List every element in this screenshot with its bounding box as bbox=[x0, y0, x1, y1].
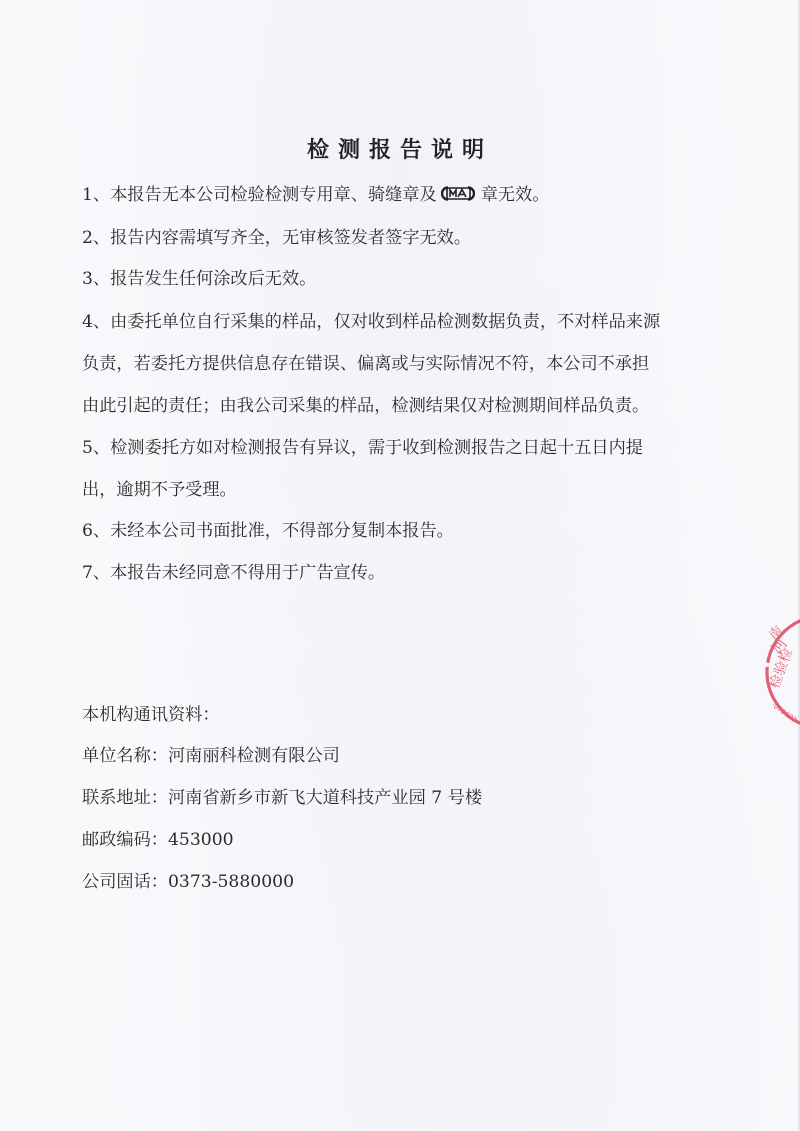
company-label: 单位名称： bbox=[82, 746, 168, 766]
company-seal-stamp: 河 南 检验检 ·070023 bbox=[763, 612, 800, 732]
note-6: 6、未经本公司书面批准，不得部分复制本报告。 bbox=[82, 519, 454, 543]
note-3: 3、报告发生任何涂改后无效。 bbox=[82, 267, 316, 291]
note-1: 1、本报告无本公司检验检测专用章、骑缝章及 章无效。 bbox=[82, 183, 549, 207]
company-value: 河南丽科检测有限公司 bbox=[168, 746, 340, 766]
document-page: 检测报告说明 1、本报告无本公司检验检测专用章、骑缝章及 章无效。 2、报告内容… bbox=[0, 0, 800, 1131]
address-value: 河南省新乡市新飞大道科技产业园 7 号楼 bbox=[168, 788, 482, 808]
phone-label: 公司固话： bbox=[82, 872, 168, 892]
svg-text:·070023: ·070023 bbox=[770, 701, 798, 724]
note-4-line-3: 由此引起的责任；由我公司采集的样品，检测结果仅对检测期间样品负责。 bbox=[82, 394, 649, 418]
note-7: 7、本报告未经同意不得用于广告宣传。 bbox=[82, 561, 385, 585]
note-5-line-2: 出，逾期不予受理。 bbox=[82, 478, 237, 502]
page-title: 检测报告说明 bbox=[0, 133, 800, 164]
contact-address: 联系地址：河南省新乡市新飞大道科技产业园 7 号楼 bbox=[82, 786, 482, 810]
address-label: 联系地址： bbox=[82, 788, 168, 808]
note-5-line-1: 5、检测委托方如对检测报告有异议，需于收到检测报告之日起十五日内提 bbox=[82, 436, 643, 460]
contact-heading: 本机构通讯资料： bbox=[82, 703, 220, 727]
contact-phone: 公司固话：0373-5880000 bbox=[82, 870, 294, 894]
note-4-line-1: 4、由委托单位自行采集的样品，仅对收到样品检测数据负责，不对样品来源 bbox=[82, 310, 660, 334]
cma-logo-icon bbox=[441, 186, 475, 201]
phone-value: 0373-5880000 bbox=[168, 872, 294, 892]
contact-company: 单位名称：河南丽科检测有限公司 bbox=[82, 744, 340, 768]
note-1-prefix: 1、本报告无本公司检验检测专用章、骑缝章及 bbox=[82, 185, 437, 205]
postcode-value: 453000 bbox=[168, 830, 234, 850]
note-2: 2、报告内容需填写齐全，无审核签发者签字无效。 bbox=[82, 226, 471, 250]
note-4-line-2: 负责，若委托方提供信息存在错误、偏离或与实际情况不符，本公司不承担 bbox=[82, 352, 649, 376]
contact-postcode: 邮政编码：453000 bbox=[82, 828, 234, 852]
note-1-suffix: 章无效。 bbox=[481, 185, 550, 205]
postcode-label: 邮政编码： bbox=[82, 830, 168, 850]
